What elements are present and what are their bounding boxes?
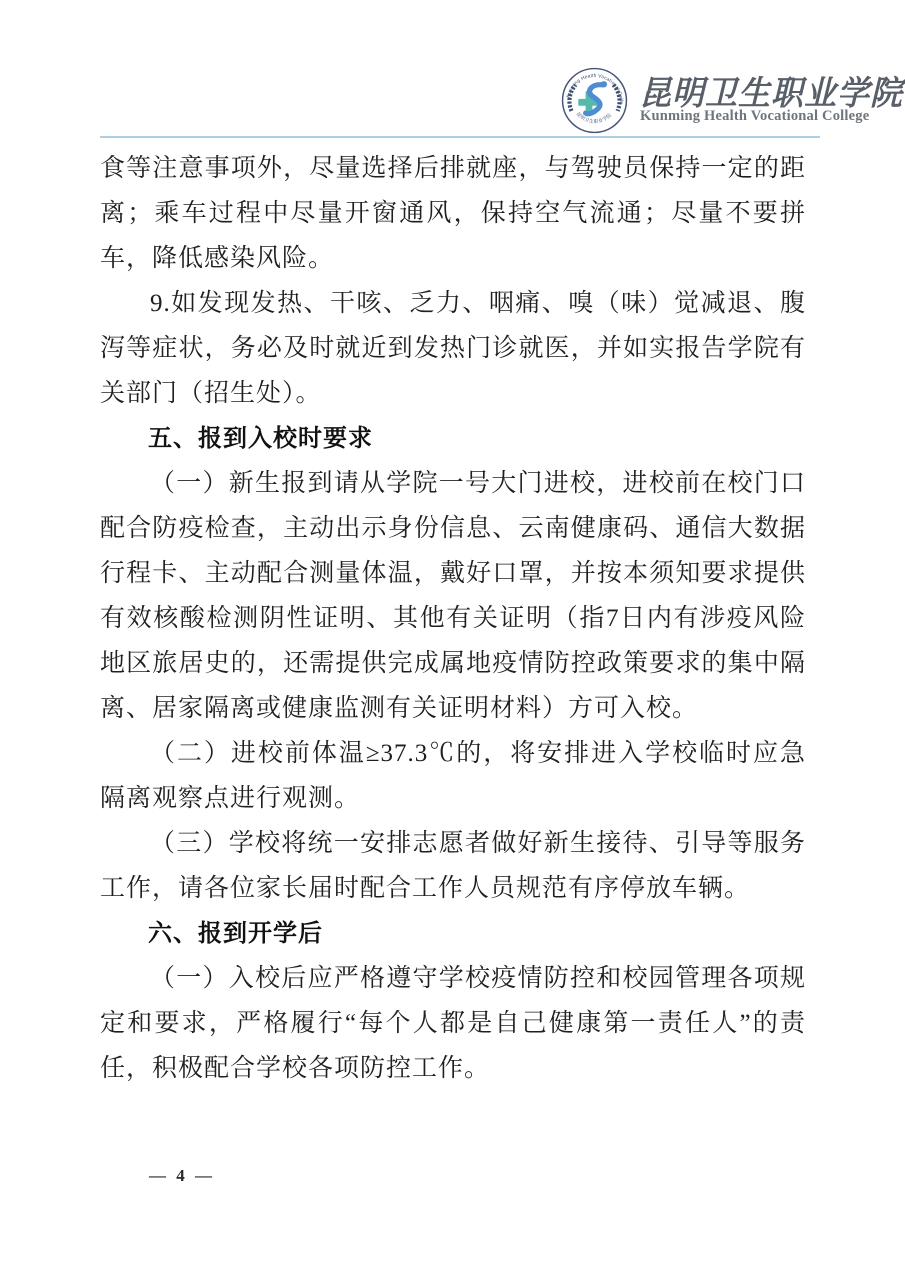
college-seal-icon: Kunming Health Vocational College 昆明卫生职业…	[561, 67, 628, 134]
paragraph-travel-precautions: 食等注意事项外，尽量选择后排就座，与驾驶员保持一定的距离；乘车过程中尽量开窗通风…	[100, 146, 806, 281]
page-header: Kunming Health Vocational College 昆明卫生职业…	[0, 0, 905, 140]
header-divider	[100, 136, 820, 138]
paragraph-item-9-symptoms: 9.如发现发热、干咳、乏力、咽痛、嗅（味）觉减退、腹泻等症状，务必及时就近到发热…	[100, 281, 806, 416]
college-name-en: Kunming Health Vocational College	[640, 108, 869, 125]
paragraph-5-2-temperature: （二）进校前体温≥37.3℃的，将安排进入学校临时应急隔离观察点进行观测。	[100, 731, 806, 821]
page-number: — 4 —	[149, 1166, 215, 1186]
document-content: 食等注意事项外，尽量选择后排就座，与驾驶员保持一定的距离；乘车过程中尽量开窗通风…	[100, 146, 806, 1091]
paragraph-5-3-volunteers: （三）学校将统一安排志愿者做好新生接待、引导等服务工作，请各位家长届时配合工作人…	[100, 821, 806, 911]
college-seal-svg: Kunming Health Vocational College 昆明卫生职业…	[561, 67, 628, 134]
section-heading-5-check-in-requirements: 五、报到入校时要求	[100, 416, 806, 461]
paragraph-5-1-gate-entry: （一）新生报到请从学院一号大门进校，进校前在校门口配合防疫检查，主动出示身份信息…	[100, 461, 806, 731]
paragraph-6-1-campus-rules: （一）入校后应严格遵守学校疫情防控和校园管理各项规定和要求，严格履行“每个人都是…	[100, 956, 806, 1091]
section-heading-6-after-enrollment: 六、报到开学后	[100, 911, 806, 956]
document-page: Kunming Health Vocational College 昆明卫生职业…	[0, 0, 905, 1280]
